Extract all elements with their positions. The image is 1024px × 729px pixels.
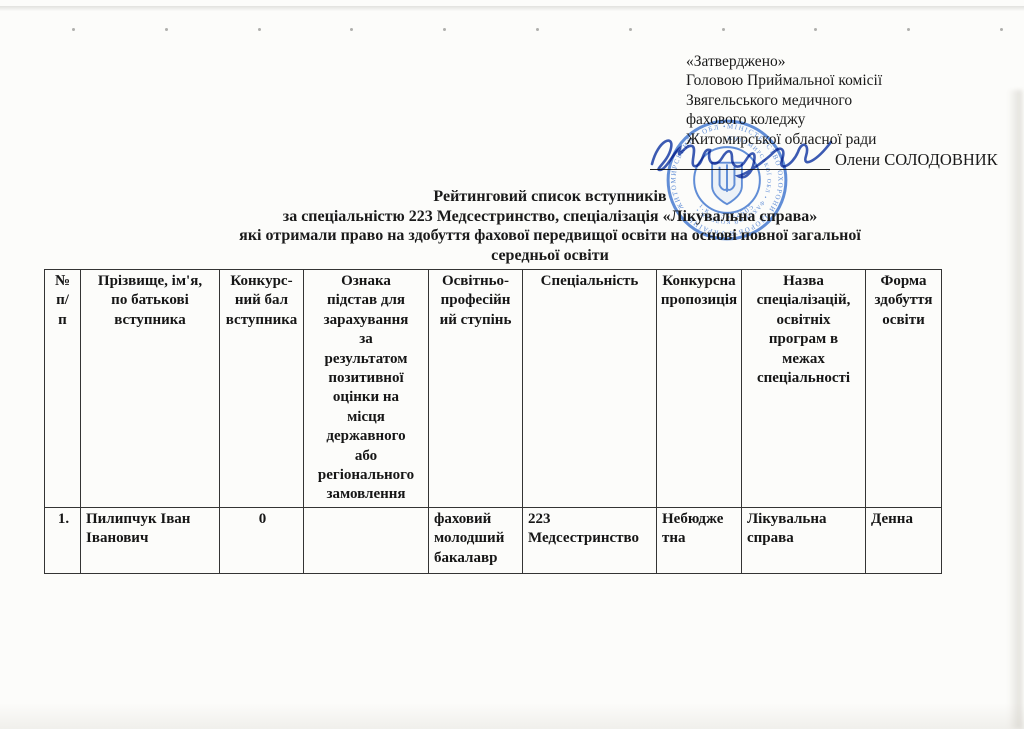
scan-right-shadow [1008, 90, 1022, 729]
column-header: Форма здобуття освіти [866, 270, 942, 508]
column-header: Прізвище, ім'я, по батькові вступника [81, 270, 220, 508]
table-cell: 1. [45, 507, 81, 573]
table-cell: фаховий молодший бакалавр [429, 507, 523, 573]
column-header: Конкурсна пропозиція [657, 270, 742, 508]
table-cell: 0 [220, 507, 304, 573]
scan-dot [72, 28, 75, 31]
column-header: Спеціальність [523, 270, 657, 508]
scan-dot [629, 28, 632, 31]
column-header: Назва спеціалізацій, освітніх програм в … [742, 270, 866, 508]
scan-dot [722, 28, 725, 31]
column-header: Конкурс- ний бал вступника [220, 270, 304, 508]
column-header: № п/ п [45, 270, 81, 508]
scan-dot [443, 28, 446, 31]
rating-table: № п/ пПрізвище, ім'я, по батькові вступн… [44, 269, 942, 574]
table-cell: Небюдже тна [657, 507, 742, 573]
approval-line: Звягельського медичного [686, 91, 882, 110]
scan-dot [350, 28, 353, 31]
column-header: Освітньо- професійн ий ступінь [429, 270, 523, 508]
scan-dot [814, 28, 817, 31]
scan-dot [536, 28, 539, 31]
column-header: Ознака підстав для зарахування за резуль… [304, 270, 429, 508]
table-cell: 223 Медсестринство [523, 507, 657, 573]
header-row: № п/ пПрізвище, ім'я, по батькові вступн… [45, 270, 942, 508]
table-cell: Лікувальна справа [742, 507, 866, 573]
title-line: які отримали право на здобуття фахової п… [80, 226, 1020, 246]
approval-line: «Затверджено» [686, 52, 882, 71]
table-row: 1.Пилипчук Іван Іванович0фаховий молодши… [45, 507, 942, 573]
handwritten-signature [644, 122, 839, 180]
scanned-document-page: «Затверджено»Головою Приймальної комісії… [0, 0, 1024, 729]
scan-dot [258, 28, 261, 31]
table-cell: Денна [866, 507, 942, 573]
title-line: за спеціальністю 223 Медсестринство, спе… [80, 207, 1020, 227]
signer-name: Олени СОЛОДОВНИК [835, 150, 998, 170]
scan-dot [1000, 28, 1003, 31]
scan-bottom-shade [0, 703, 1024, 729]
scan-dot [165, 28, 168, 31]
document-title: Рейтинговий список вступниківза спеціаль… [80, 187, 1020, 265]
scan-top-edge [0, 6, 1024, 11]
table-cell: Пилипчук Іван Іванович [81, 507, 220, 573]
table-header: № п/ пПрізвище, ім'я, по батькові вступн… [45, 270, 942, 508]
table-body: 1.Пилипчук Іван Іванович0фаховий молодши… [45, 507, 942, 573]
title-line: Рейтинговий список вступників [80, 187, 1020, 207]
table-cell [304, 507, 429, 573]
approval-line: Головою Приймальної комісії [686, 71, 882, 90]
scan-dot [907, 28, 910, 31]
title-line: середньої освіти [80, 246, 1020, 266]
